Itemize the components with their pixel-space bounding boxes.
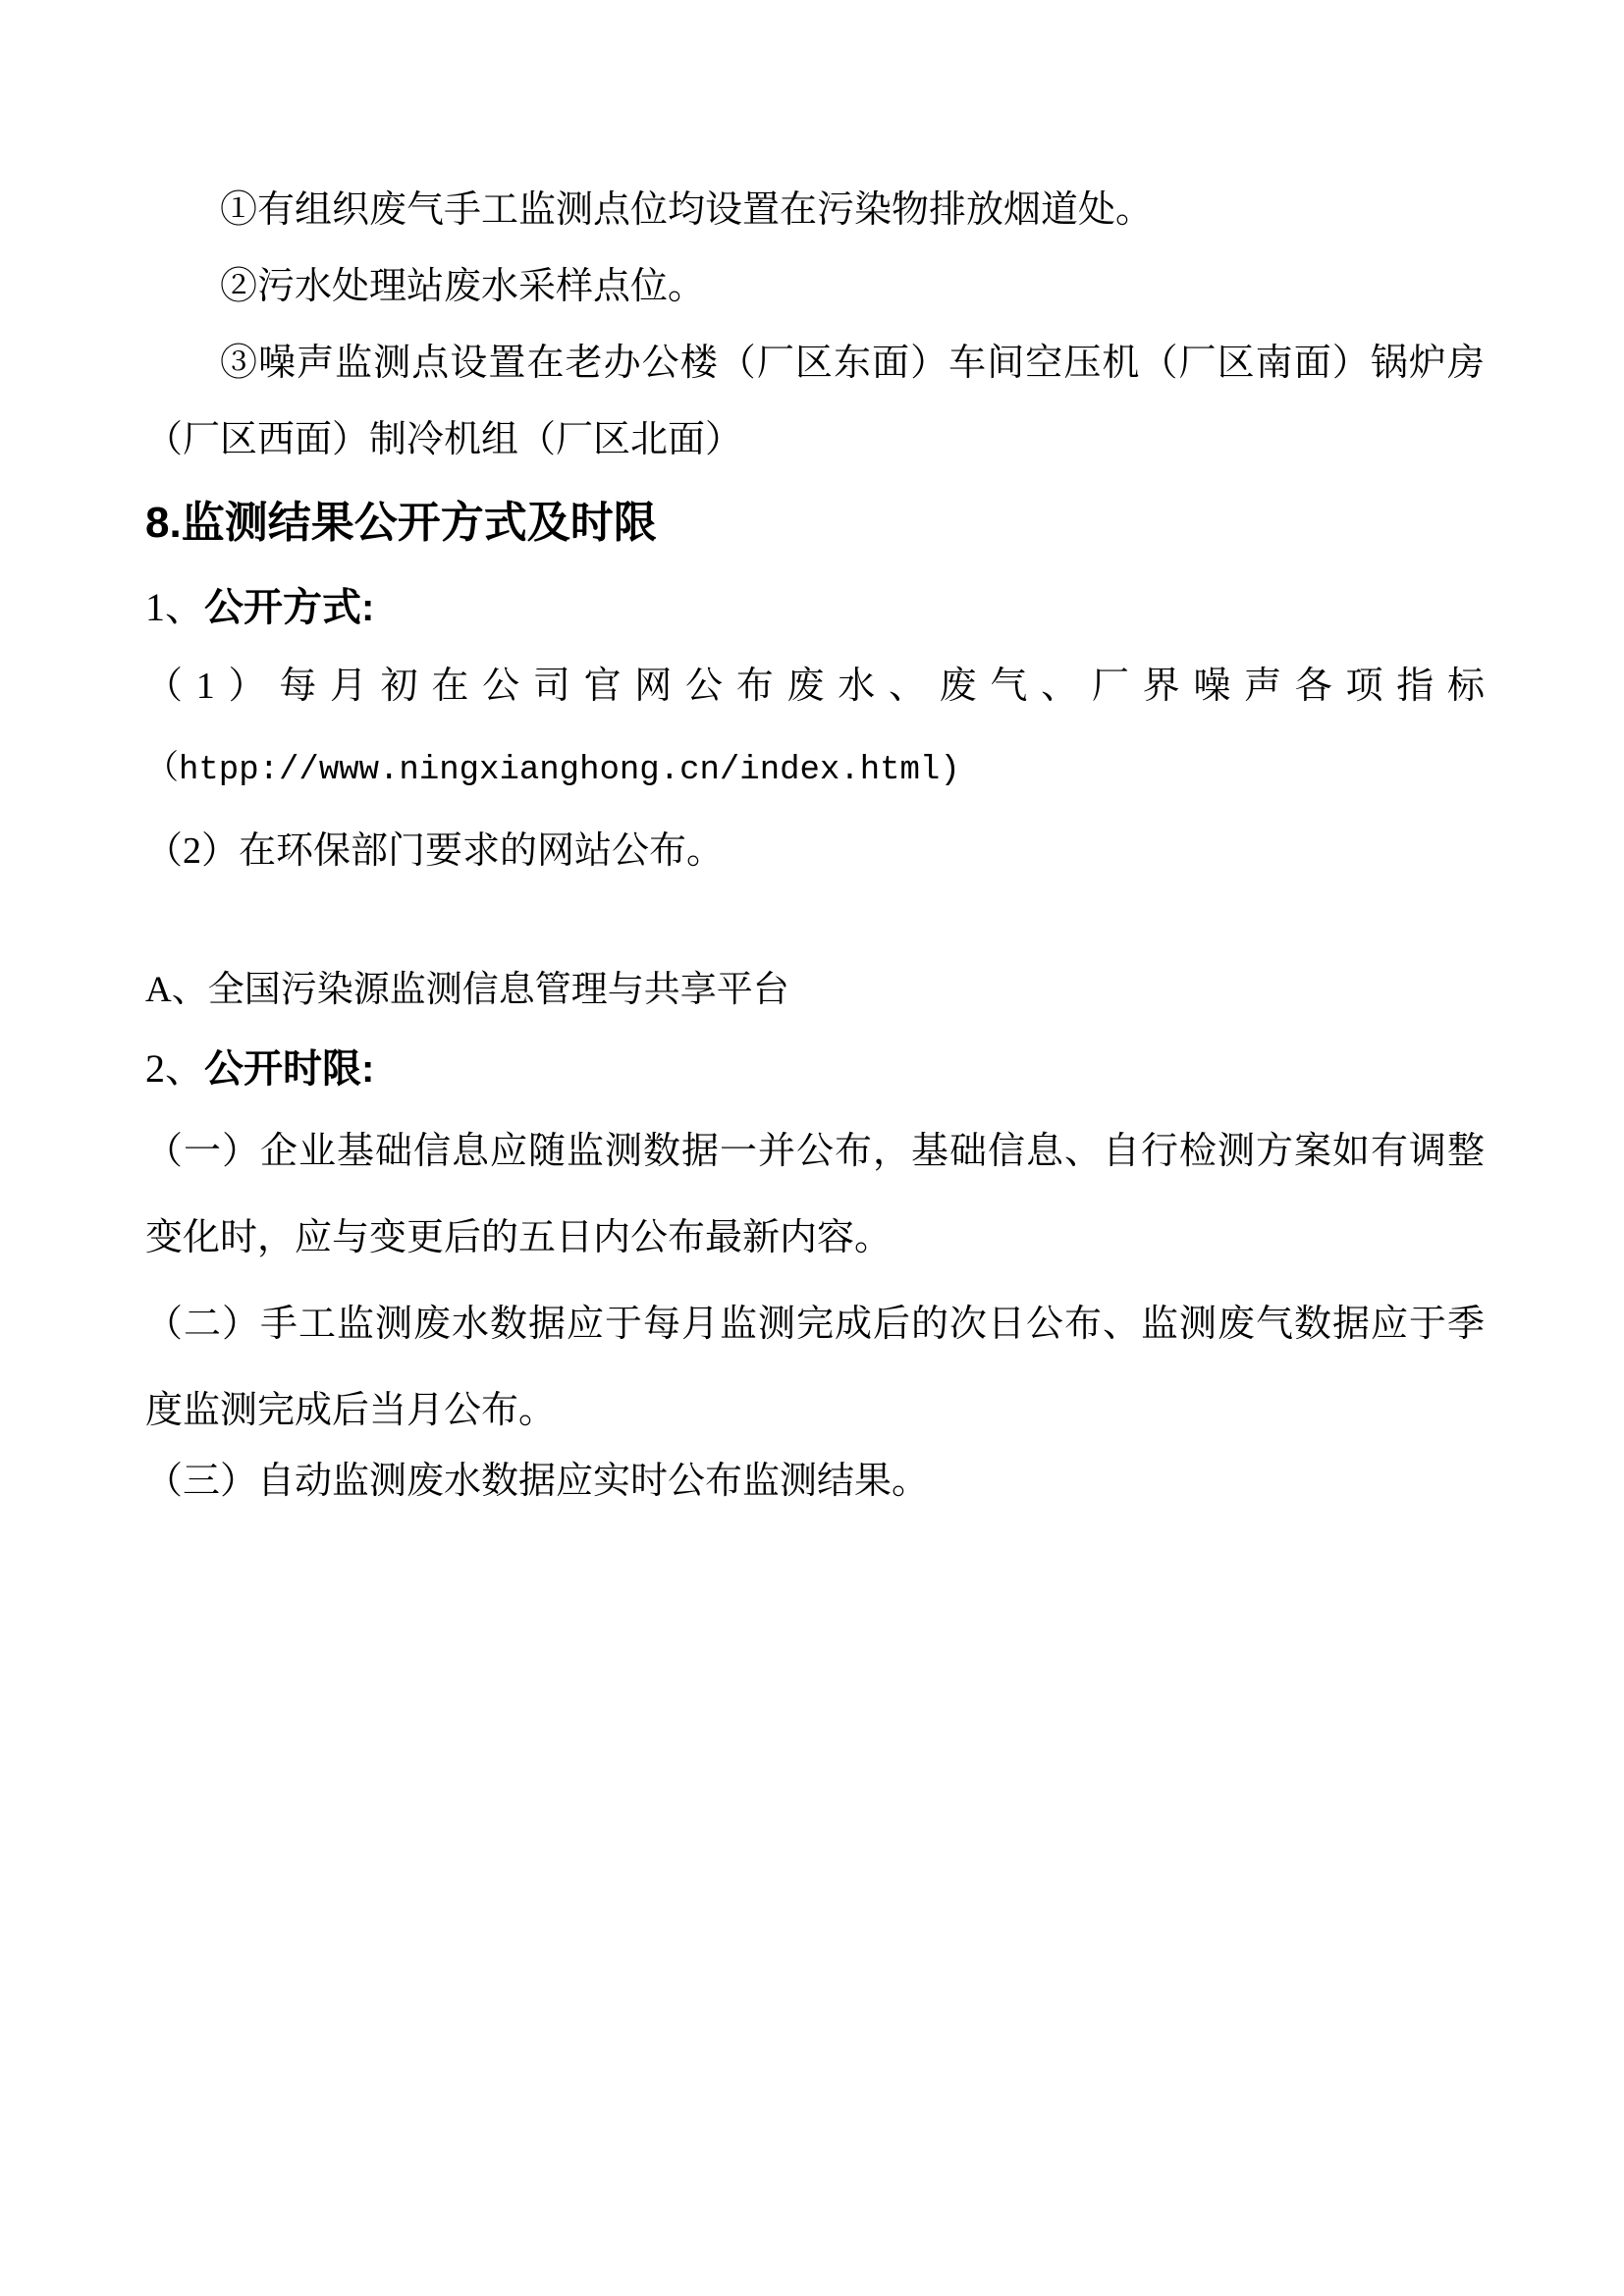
paragraph-deadline-1: （一）企业基础信息应随监测数据一并公布，基础信息、自行检测方案如有调整 变化时，…	[145, 1108, 1485, 1281]
subheading-publication-deadline: 2、公开时限:	[145, 1030, 1485, 1108]
subheading-1-label: 公开方式:	[204, 586, 374, 629]
paragraph-deadline-1-line-2: 变化时，应与变更后的五日内公布最新内容。	[145, 1195, 1485, 1281]
paragraph-platform-a: A、全国污染源监测信息管理与共享平台	[145, 951, 1485, 1030]
paragraph-monitor-point-3-line-2: （厂区西面）制冷机组（厂区北面）	[145, 401, 1485, 478]
section-heading-8: 8.监测结果公开方式及时限	[145, 478, 1485, 568]
paragraph-deadline-3: （三）自动监测废水数据应实时公布监测结果。	[145, 1438, 1485, 1524]
paragraph-monitor-point-3: ③噪声监测点设置在老办公楼（厂区东面）车间空压机（厂区南面）锅炉房 （厂区西面）…	[145, 325, 1485, 478]
paragraph-monitor-point-1: ①有组织废气手工监测点位均设置在污染物排放烟道处。	[145, 172, 1485, 248]
document-page: ①有组织废气手工监测点位均设置在污染物排放烟道处。 ②污水处理站废水采样点位。 …	[0, 0, 1624, 2296]
subheading-1-number: 1、	[145, 585, 204, 629]
paragraph-monitor-point-2: ②污水处理站废水采样点位。	[145, 248, 1485, 325]
paragraph-method-item-2: （2）在环保部门要求的网站公布。	[145, 812, 1485, 890]
paragraph-monitor-point-3-line-1: ③噪声监测点设置在老办公楼（厂区东面）车间空压机（厂区南面）锅炉房	[145, 325, 1485, 401]
paragraph-method-item-1: （1）每月初在公司官网公布废水、废气、厂界噪声各项指标	[145, 647, 1485, 725]
subheading-publication-method: 1、公开方式:	[145, 568, 1485, 647]
subheading-2-label: 公开时限:	[204, 1047, 374, 1091]
subheading-2-number: 2、	[145, 1046, 204, 1091]
paragraph-deadline-2-line-1: （二）手工监测废水数据应于每月监测完成后的次日公布、监测废气数据应于季	[145, 1281, 1485, 1367]
paragraph-deadline-2: （二）手工监测废水数据应于每月监测完成后的次日公布、监测废气数据应于季 度监测完…	[145, 1281, 1485, 1454]
company-website-url: （htpp://www.ningxianghong.cn/index.html)	[145, 729, 1485, 812]
paragraph-deadline-1-line-1: （一）企业基础信息应随监测数据一并公布，基础信息、自行检测方案如有调整	[145, 1108, 1485, 1195]
document-content: ①有组织废气手工监测点位均设置在污染物排放烟道处。 ②污水处理站废水采样点位。 …	[145, 172, 1485, 1524]
